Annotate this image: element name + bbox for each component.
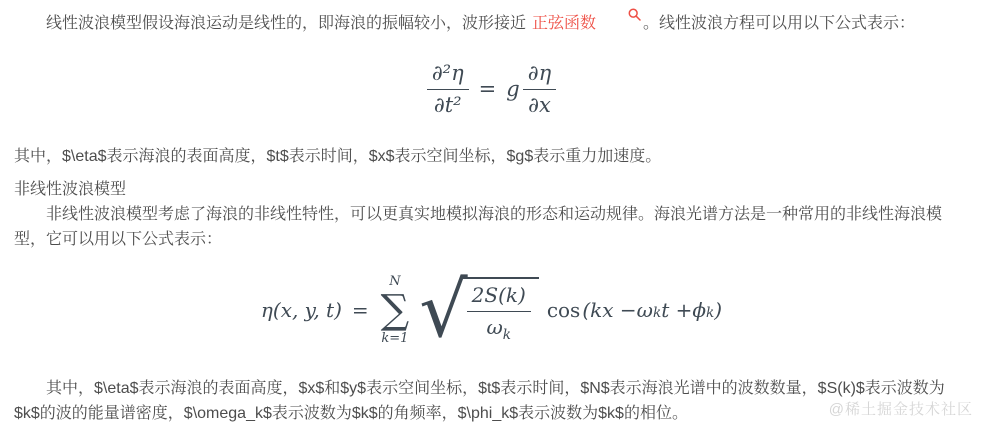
formula-spectral-wave: η(x, y, t) = N ∑ k=1 √ 2S(k) ωk cos(kx −… <box>14 266 969 354</box>
summation: N ∑ k=1 <box>381 275 410 345</box>
fraction-denominator: ∂x <box>523 90 556 118</box>
paragraph-linear-symbols: 其中，$\eta$表示海浪的表面高度，$t$表示时间，$x$表示空间坐标，$g$… <box>14 144 969 169</box>
summation-lower-limit: k=1 <box>381 332 408 345</box>
search-icon <box>596 8 641 36</box>
article-page: 线性波浪模型假设海浪运动是线性的，即海浪的振幅较小，波形接近正弦函数。线性波浪方… <box>0 0 983 428</box>
subscript-k: k <box>503 327 511 343</box>
cos-argument: ) <box>714 298 722 323</box>
paragraph-text: 。线性波浪方程可以用以下公式表示： <box>643 15 915 32</box>
radical-symbol: √ <box>419 279 467 341</box>
fraction-lhs: ∂²η ∂t² <box>427 61 469 118</box>
watermark: @稀土掘金技术社区 <box>829 397 973 422</box>
fraction-denominator: ∂t² <box>429 90 467 118</box>
gravity-coefficient: g <box>506 77 519 102</box>
fraction-rhs: ∂η ∂x <box>523 61 556 118</box>
equals-sign: = <box>479 77 497 102</box>
equals-sign: = <box>352 298 369 323</box>
square-root-body: 2S(k) ωk <box>463 277 539 343</box>
heading-nonlinear-model: 非线性波浪模型 <box>14 177 969 202</box>
cos-function: cos <box>547 298 581 323</box>
omega-symbol: ω <box>486 315 502 339</box>
square-root: √ 2S(k) ωk <box>419 277 539 343</box>
fraction-under-root: 2S(k) ωk <box>467 283 531 343</box>
omega-symbol: ω <box>637 298 653 323</box>
cos-argument: t + <box>661 298 692 323</box>
paragraph-linear-model: 线性波浪模型假设海浪运动是线性的，即海浪的振幅较小，波形接近正弦函数。线性波浪方… <box>14 8 969 36</box>
sigma-symbol: ∑ <box>381 288 410 332</box>
paragraph-text: 线性波浪模型假设海浪运动是线性的，即海浪的振幅较小，波形接近 <box>46 15 526 32</box>
fraction-denominator: ωk <box>481 312 516 343</box>
paragraph-spectral-symbols: 其中，$\eta$表示海浪的表面高度，$x$和$y$表示空间坐标，$t$表示时间… <box>14 376 969 426</box>
keyword-link-sine-function[interactable]: 正弦函数 <box>532 15 641 32</box>
fraction-numerator: ∂²η <box>427 61 469 90</box>
phi-symbol: ϕ <box>692 298 706 323</box>
cosine-term: cos(kx − ωkt + ϕk) <box>547 298 722 323</box>
paragraph-nonlinear-model: 非线性波浪模型考虑了海浪的非线性特性，可以更真实地模拟海浪的形态和运动规律。海浪… <box>14 202 969 252</box>
fraction-numerator: 2S(k) <box>467 283 531 312</box>
formula-linear-wave: ∂²η ∂t² = g ∂η ∂x <box>14 56 969 122</box>
subscript-k: k <box>653 307 661 321</box>
keyword-link-label: 正弦函数 <box>532 15 596 32</box>
cos-argument: (kx − <box>582 298 636 323</box>
fraction-numerator: ∂η <box>523 61 556 90</box>
formula-lhs: η(x, y, t) <box>261 298 342 323</box>
